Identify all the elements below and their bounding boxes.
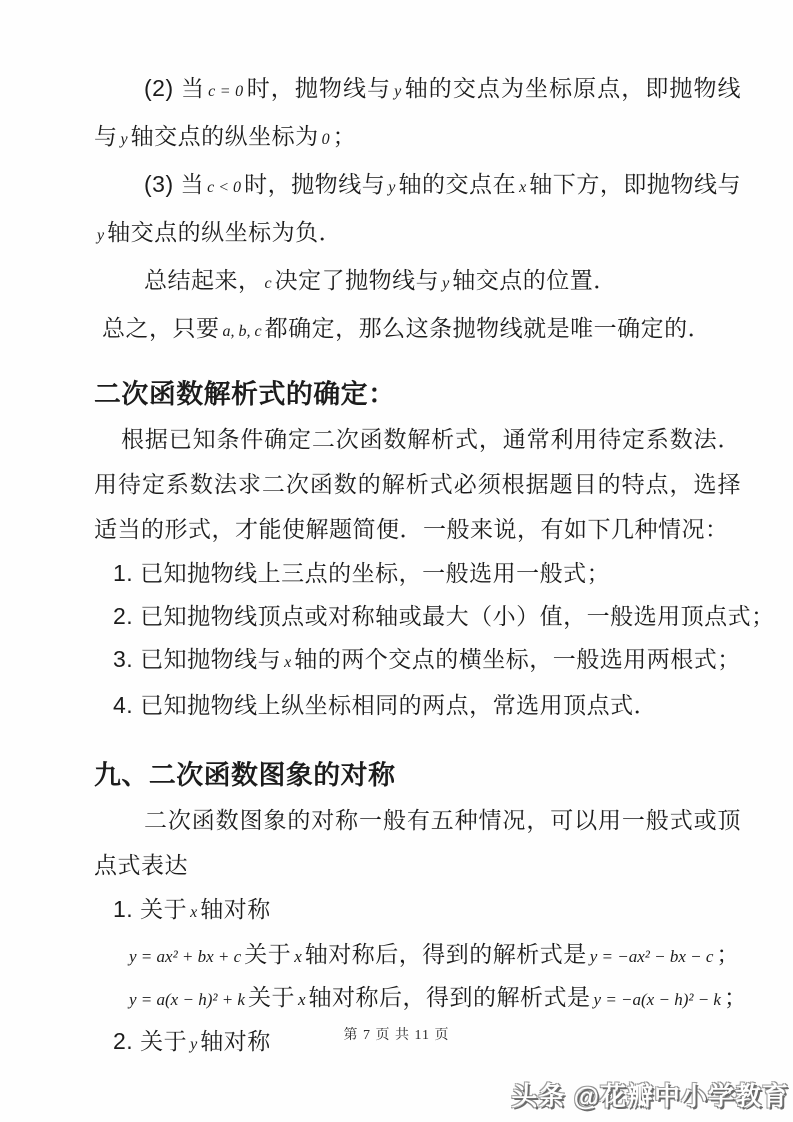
text-run: 九、二次函数图象的对称	[94, 760, 395, 790]
document-page: (2) 当c = 0时，抛物线与y轴的交点为坐标原点，即抛物线与y轴交点的纵坐标…	[0, 0, 793, 1122]
text-run: 关于	[244, 941, 291, 967]
text-run: 二次函数解析式的确定：	[94, 379, 395, 409]
text-run: 轴对称后，得到的解析式是	[309, 984, 591, 1010]
math-inline: y	[94, 227, 107, 244]
text-run: 根据已知条件确定二次函数解析式，通常利用待定系数法．用待定系数法求二次函数的解析…	[94, 426, 741, 542]
page-number-footer: 第 7 页 共 11 页	[0, 1024, 793, 1044]
symmetry-case-1: 1. 关于x轴对称	[113, 888, 741, 934]
item-3-paragraph: (3) 当c < 0时，抛物线与y轴的交点在x轴下方，即抛物线与y轴交点的纵坐标…	[94, 162, 741, 258]
math-inline: x	[295, 990, 309, 1009]
text-run: ；	[716, 941, 740, 967]
text-run: ；	[724, 984, 748, 1010]
text-run: (3) 当	[144, 171, 204, 197]
math-inline: y = −ax² − bx − c	[587, 947, 717, 966]
text-run: 轴交点的纵坐标为	[131, 123, 319, 149]
case-3: 3. 已知抛物线与x轴的两个交点的横坐标，一般选用两根式；	[113, 638, 741, 684]
math-inline: y = −a(x − h)² − k	[591, 990, 724, 1009]
text-run: 轴的两个交点的横坐标，一般选用两根式；	[294, 646, 741, 672]
symmetry-intro-paragraph: 二次函数图象的对称一般有五种情况，可以用一般式或顶点式表达	[94, 798, 741, 888]
math-inline: 0	[319, 131, 333, 148]
text-run: 1. 关于	[113, 896, 187, 922]
text-run: 时，抛物线与	[246, 75, 391, 101]
math-inline: y	[439, 275, 452, 292]
math-inline: a, b, c	[220, 323, 265, 340]
section-heading-symmetry: 九、二次函数图象的对称	[94, 753, 741, 798]
text-run: 轴的交点在	[398, 171, 516, 197]
text-run: 轴对称后，得到的解析式是	[305, 941, 587, 967]
text-run: 时，抛物线与	[244, 171, 385, 197]
text-run: 2. 已知抛物线顶点或对称轴或最大（小）值，一般选用顶点式；	[113, 603, 775, 629]
case-2: 2. 已知抛物线顶点或对称轴或最大（小）值，一般选用顶点式；	[113, 595, 741, 638]
math-inline: y	[385, 179, 398, 196]
document-body: (2) 当c = 0时，抛物线与y轴的交点为坐标原点，即抛物线与y轴交点的纵坐标…	[94, 66, 741, 1066]
watermark: 头条 @花瓣中小学教育	[511, 1076, 789, 1113]
text-run: ；	[333, 123, 357, 149]
text-run: 轴交点的纵坐标为负．	[107, 219, 342, 245]
text-run: 轴对称	[200, 896, 271, 922]
symmetry-formula-2: y = a(x − h)² + k关于x轴对称后，得到的解析式是y = −a(x…	[126, 977, 741, 1020]
math-inline: y	[391, 83, 404, 100]
analytic-intro-paragraph: 根据已知条件确定二次函数解析式，通常利用待定系数法．用待定系数法求二次函数的解析…	[94, 417, 741, 552]
text-run: 总之，只要	[102, 315, 220, 341]
case-1: 1. 已知抛物线上三点的坐标，一般选用一般式；	[113, 552, 741, 595]
math-inline: x	[291, 947, 305, 966]
math-inline: x	[516, 179, 529, 196]
text-run: 1. 已知抛物线上三点的坐标，一般选用一般式；	[113, 560, 610, 586]
text-run: 4. 已知抛物线上纵坐标相同的两点，常选用顶点式．	[113, 692, 657, 718]
text-run: 轴下方，即抛物线与	[529, 171, 741, 197]
text-run: 总结起来，	[144, 267, 262, 293]
math-inline: c = 0	[205, 83, 246, 100]
math-inline: y	[118, 131, 131, 148]
math-inline: c	[262, 275, 275, 292]
math-inline: y = ax² + bx + c	[126, 947, 244, 966]
math-inline: x	[281, 654, 294, 671]
text-run: 决定了抛物线与	[275, 267, 440, 293]
text-run: 都确定，那么这条抛物线就是唯一确定的．	[265, 315, 712, 341]
text-run: 关于	[248, 984, 295, 1010]
math-inline: x	[187, 904, 200, 921]
math-inline: y = a(x − h)² + k	[126, 990, 248, 1009]
text-run: 二次函数图象的对称一般有五种情况，可以用一般式或顶点式表达	[94, 807, 741, 878]
text-run: 轴交点的位置．	[452, 267, 617, 293]
text-run: (2) 当	[144, 75, 205, 101]
math-inline: c < 0	[204, 179, 244, 196]
item-2-paragraph: (2) 当c = 0时，抛物线与y轴的交点为坐标原点，即抛物线与y轴交点的纵坐标…	[94, 66, 741, 162]
conclusion-paragraph: 总之，只要a, b, c都确定，那么这条抛物线就是唯一确定的．	[94, 306, 741, 354]
summary-paragraph: 总结起来，c决定了抛物线与y轴交点的位置．	[94, 258, 741, 306]
section-heading-analytic: 二次函数解析式的确定：	[94, 372, 741, 417]
case-4: 4. 已知抛物线上纵坐标相同的两点，常选用顶点式．	[113, 684, 741, 727]
symmetry-formula-1: y = ax² + bx + c关于x轴对称后，得到的解析式是y = −ax² …	[126, 934, 741, 977]
text-run: 3. 已知抛物线与	[113, 646, 281, 672]
